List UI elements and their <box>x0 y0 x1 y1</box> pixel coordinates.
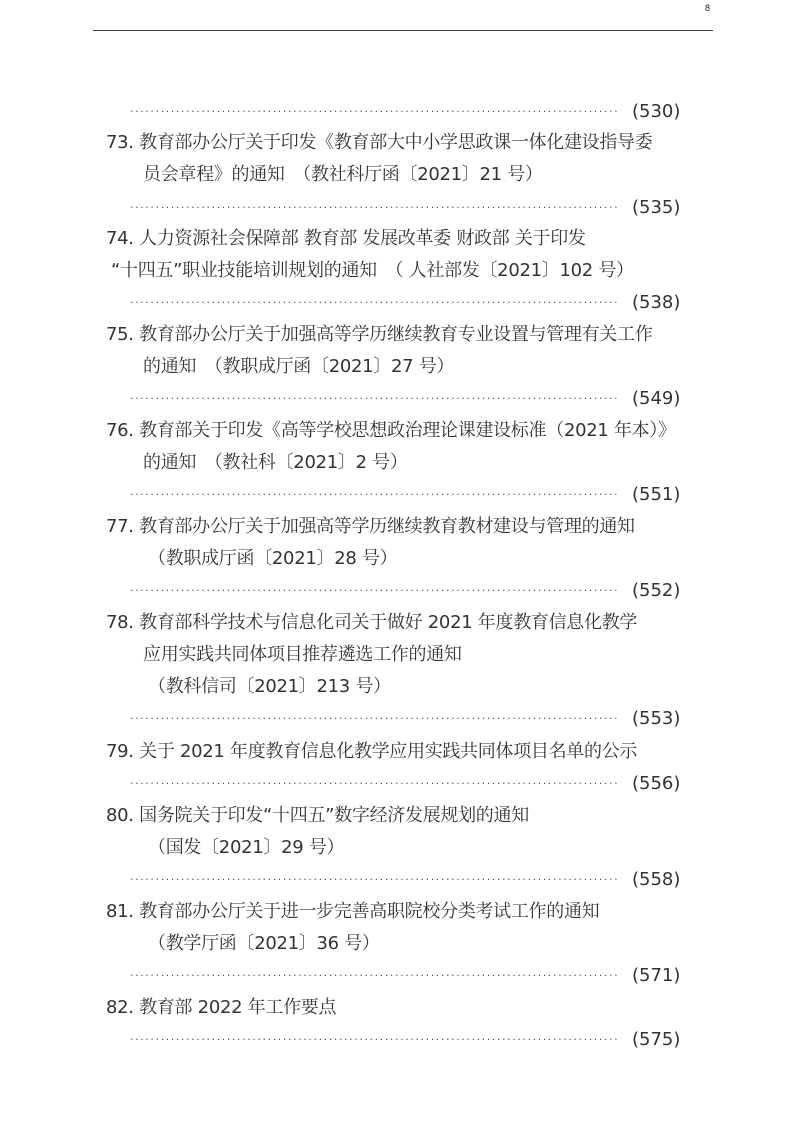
toc-entry-title-cont[interactable]: （教学厅函〔2021〕36 号） <box>148 932 380 956</box>
toc-page-ref[interactable]: (556) <box>632 772 680 796</box>
dot-leader: ········································… <box>130 483 620 507</box>
dot-leader: ········································… <box>130 579 620 603</box>
dot-leader: ········································… <box>130 387 620 411</box>
toc-entry-title[interactable]: 国务院关于印发“十四五”数字经济发展规划的通知 <box>139 805 529 826</box>
toc-entry-number: 76. <box>106 420 134 441</box>
toc-page-ref[interactable]: (558) <box>632 868 680 892</box>
toc-page-ref[interactable]: (553) <box>632 707 680 731</box>
toc-page-ref[interactable]: (549) <box>632 387 680 411</box>
toc-entry-title-cont[interactable]: （国发〔2021〕29 号） <box>148 836 344 860</box>
toc-page-ref[interactable]: (551) <box>632 483 680 507</box>
toc-page-ref[interactable]: (575) <box>632 1028 680 1052</box>
toc-entry-number: 80. <box>106 805 134 826</box>
toc-entry-number: 74. <box>106 228 134 249</box>
dot-leader: ········································… <box>130 196 620 220</box>
toc-page-ref[interactable]: (552) <box>632 579 680 603</box>
toc-entry-number: 81. <box>106 901 134 922</box>
toc-entry-title-cont[interactable]: 应用实践共同体项目推荐遴选工作的通知 <box>143 643 462 667</box>
toc-entry-title[interactable]: 教育部办公厅关于加强高等学历继续教育专业设置与管理有关工作 <box>139 324 652 345</box>
toc-entry-number: 75. <box>106 324 134 345</box>
toc-entry-title-cont[interactable]: 的通知 （教社科〔2021〕2 号） <box>143 451 408 475</box>
page-number: 8 <box>705 3 710 13</box>
toc-entry-number: 79. <box>106 741 134 762</box>
dot-leader: ········································… <box>130 1028 620 1052</box>
toc-entry-title[interactable]: 人力资源社会保障部 教育部 发展改革委 财政部 关于印发 <box>139 228 586 249</box>
toc-entry-title-cont[interactable]: 的通知 （教职成厅函〔2021〕27 号） <box>143 355 454 379</box>
toc-entry-title-cont[interactable]: 员会章程》的通知 （教社科厅函〔2021〕21 号） <box>143 163 543 187</box>
dot-leader: ········································… <box>130 772 620 796</box>
toc-entry-title[interactable]: 教育部办公厅关于印发《教育部大中小学思政课一体化建设指导委 <box>139 132 652 153</box>
toc-entry-number: 73. <box>106 132 134 153</box>
toc-entry-title[interactable]: 教育部 2022 年工作要点 <box>139 997 336 1018</box>
toc-entry-title[interactable]: 教育部办公厅关于进一步完善高职院校分类考试工作的通知 <box>139 901 599 922</box>
toc-entry-title[interactable]: 教育部办公厅关于加强高等学历继续教育教材建设与管理的通知 <box>139 516 635 537</box>
toc-page-ref[interactable]: (538) <box>632 291 680 315</box>
toc-page-ref[interactable]: (535) <box>632 196 680 220</box>
dot-leader: ········································… <box>130 964 620 988</box>
toc-entry-number: 77. <box>106 516 134 537</box>
toc-entry-title[interactable]: 关于 2021 年度教育信息化教学应用实践共同体项目名单的公示 <box>139 741 637 762</box>
dot-leader: ········································… <box>130 707 620 731</box>
toc-entry-title-cont[interactable]: （教职成厅函〔2021〕28 号） <box>148 547 397 571</box>
toc-entry-title-cont[interactable]: （教科信司〔2021〕213 号） <box>148 675 391 699</box>
toc-entry-number: 82. <box>106 997 134 1018</box>
toc-entry-title[interactable]: 教育部关于印发《高等学校思想政治理论课建设标准（2021 年本）》 <box>139 420 676 441</box>
toc-entry-title-cont[interactable]: “十四五”职业技能培训规划的通知 （ 人社部发〔2021〕102 号） <box>111 259 634 283</box>
toc-entry-title[interactable]: 教育部科学技术与信息化司关于做好 2021 年度教育信息化教学 <box>139 612 637 633</box>
dot-leader: ········································… <box>130 100 620 124</box>
header-rule <box>93 30 713 31</box>
dot-leader: ········································… <box>130 868 620 892</box>
toc-page-ref[interactable]: (571) <box>632 964 680 988</box>
toc-entry-number: 78. <box>106 612 134 633</box>
toc-page-ref[interactable]: (530) <box>632 100 680 124</box>
dot-leader: ········································… <box>130 291 620 315</box>
